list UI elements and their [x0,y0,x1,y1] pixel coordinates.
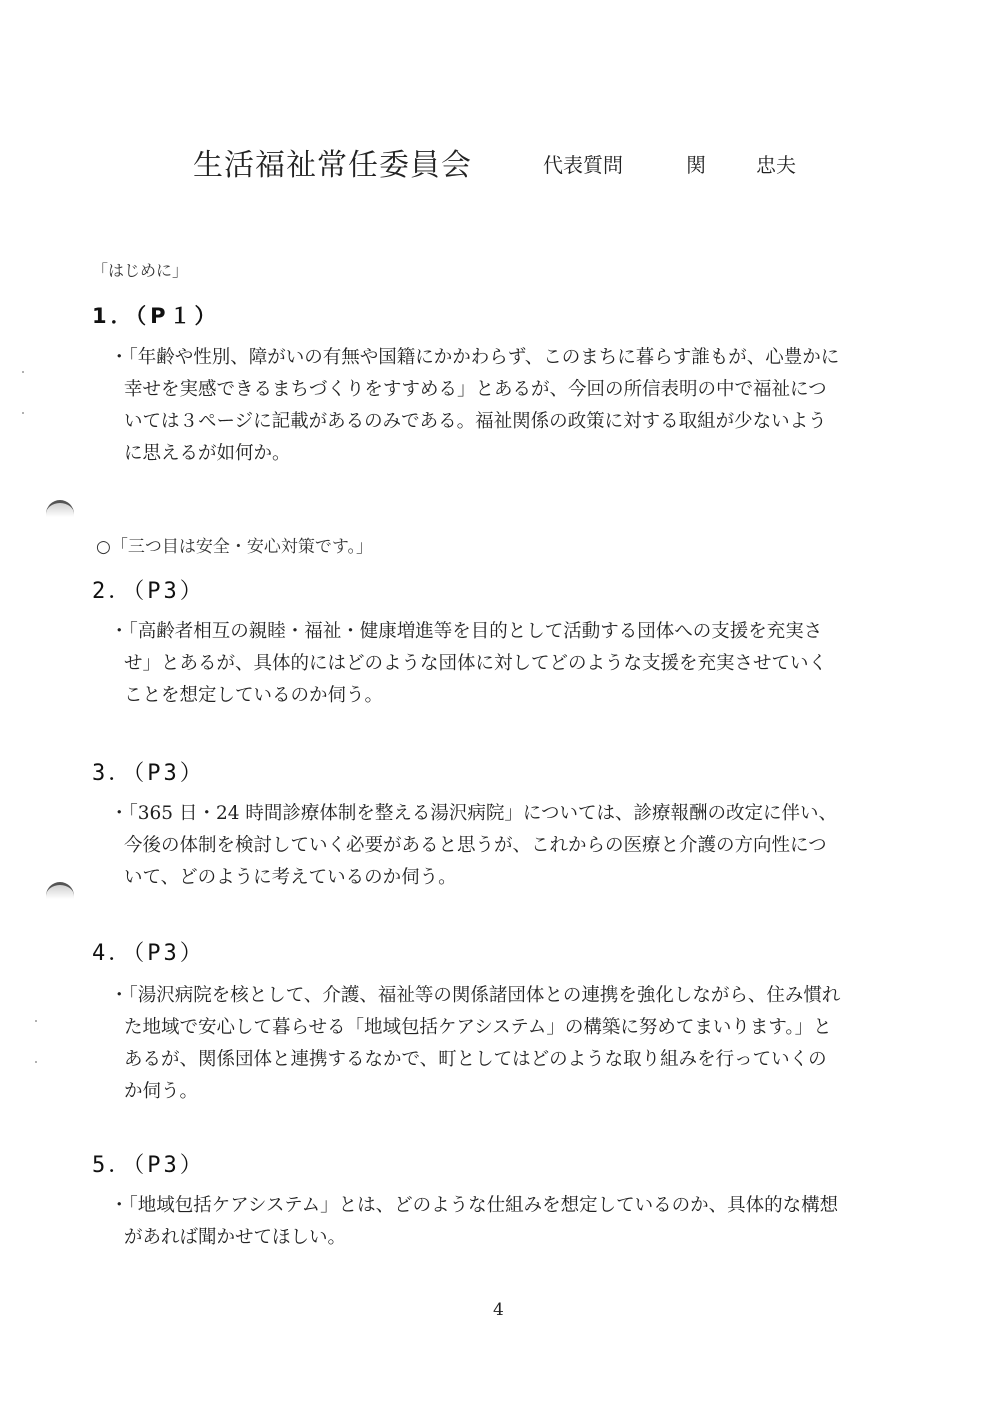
question-line: に思えるが如何か。 [110,438,920,470]
question-type: 代表質問 [543,149,623,178]
page-number: 4 [493,1300,504,1320]
scan-speck [35,1020,37,1022]
punch-hole-mark [46,500,74,523]
question-line: ・「年齢や性別、障がいの有無や国籍にかかわらず、このまちに暮らす誰もが、心豊かに [110,342,920,374]
question-line: ・「湯沢病院を核として、介護、福祉等の関係諸団体との連携を強化しながら、住み慣れ [110,980,920,1012]
question-body-1: ・「年齢や性別、障がいの有無や国籍にかかわらず、このまちに暮らす誰もが、心豊かに… [110,342,920,470]
scan-speck [22,371,24,373]
question-line: あるが、関係団体と連携するなかで、町としてはどのような取り組みを行っていくの [110,1044,920,1076]
author-surname: 関 [686,149,706,178]
question-line: か伺う。 [110,1076,920,1108]
question-line: ・「地域包括ケアシステム」とは、どのような仕組みを想定しているのか、具体的な構想 [110,1190,920,1222]
question-heading-3: 3．（P3） [92,756,205,787]
scan-speck [35,1061,37,1063]
scan-speck [22,412,24,414]
question-body-3: ・「365 日・24 時間診療体制を整える湯沢病院」については、診療報酬の改定に… [110,798,920,894]
question-heading-2: 2．（P3） [92,574,205,605]
question-line: 幸せを実感できるまちづくりをすすめる」とあるが、今回の所信表明の中で福祉につ [110,374,920,406]
question-line: いて、どのように考えているのか伺う。 [110,862,920,894]
question-heading-4: 4．（P3） [92,936,205,967]
question-line: があれば聞かせてほしい。 [110,1222,920,1254]
question-line: ・「365 日・24 時間診療体制を整える湯沢病院」については、診療報酬の改定に… [110,798,920,830]
document-page: 生活福祉常任委員会 代表質問 関 忠夫 「はじめに」 1．（P１） ・「年齢や性… [0,0,1000,1414]
question-body-2: ・「高齢者相互の親睦・福祉・健康増進等を目的として活動する団体への支援を充実さ … [110,616,920,712]
question-line: せ」とあるが、具体的にはどのような団体に対してどのような支援を充実させていく [110,648,920,680]
question-body-5: ・「地域包括ケアシステム」とは、どのような仕組みを想定しているのか、具体的な構想… [110,1190,920,1254]
question-heading-1: 1．（P１） [92,300,220,330]
question-line: ことを想定しているのか伺う。 [110,680,920,712]
section-note: ○「三つ目は安全・安心対策です。」 [96,532,373,557]
question-body-4: ・「湯沢病院を核として、介護、福祉等の関係諸団体との連携を強化しながら、住み慣れ… [110,980,920,1108]
question-line: た地域で安心して暮らせる「地域包括ケアシステム」の構築に努めてまいります。」と [110,1012,920,1044]
question-heading-5: 5．（P3） [92,1148,205,1179]
committee-title: 生活福祉常任委員会 [193,140,472,184]
document-header: 生活福祉常任委員会 代表質問 関 忠夫 [193,140,833,190]
punch-hole-mark [46,882,74,905]
question-line: ・「高齢者相互の親睦・福祉・健康増進等を目的として活動する団体への支援を充実さ [110,616,920,648]
question-line: いては３ページに記載があるのみである。福祉関係の政策に対する取組が少ないよう [110,406,920,438]
question-line: 今後の体制を検討していく必要があると思うが、これからの医療と介護の方向性につ [110,830,920,862]
author-given-name: 忠夫 [756,149,796,178]
intro-heading: 「はじめに」 [92,258,188,281]
